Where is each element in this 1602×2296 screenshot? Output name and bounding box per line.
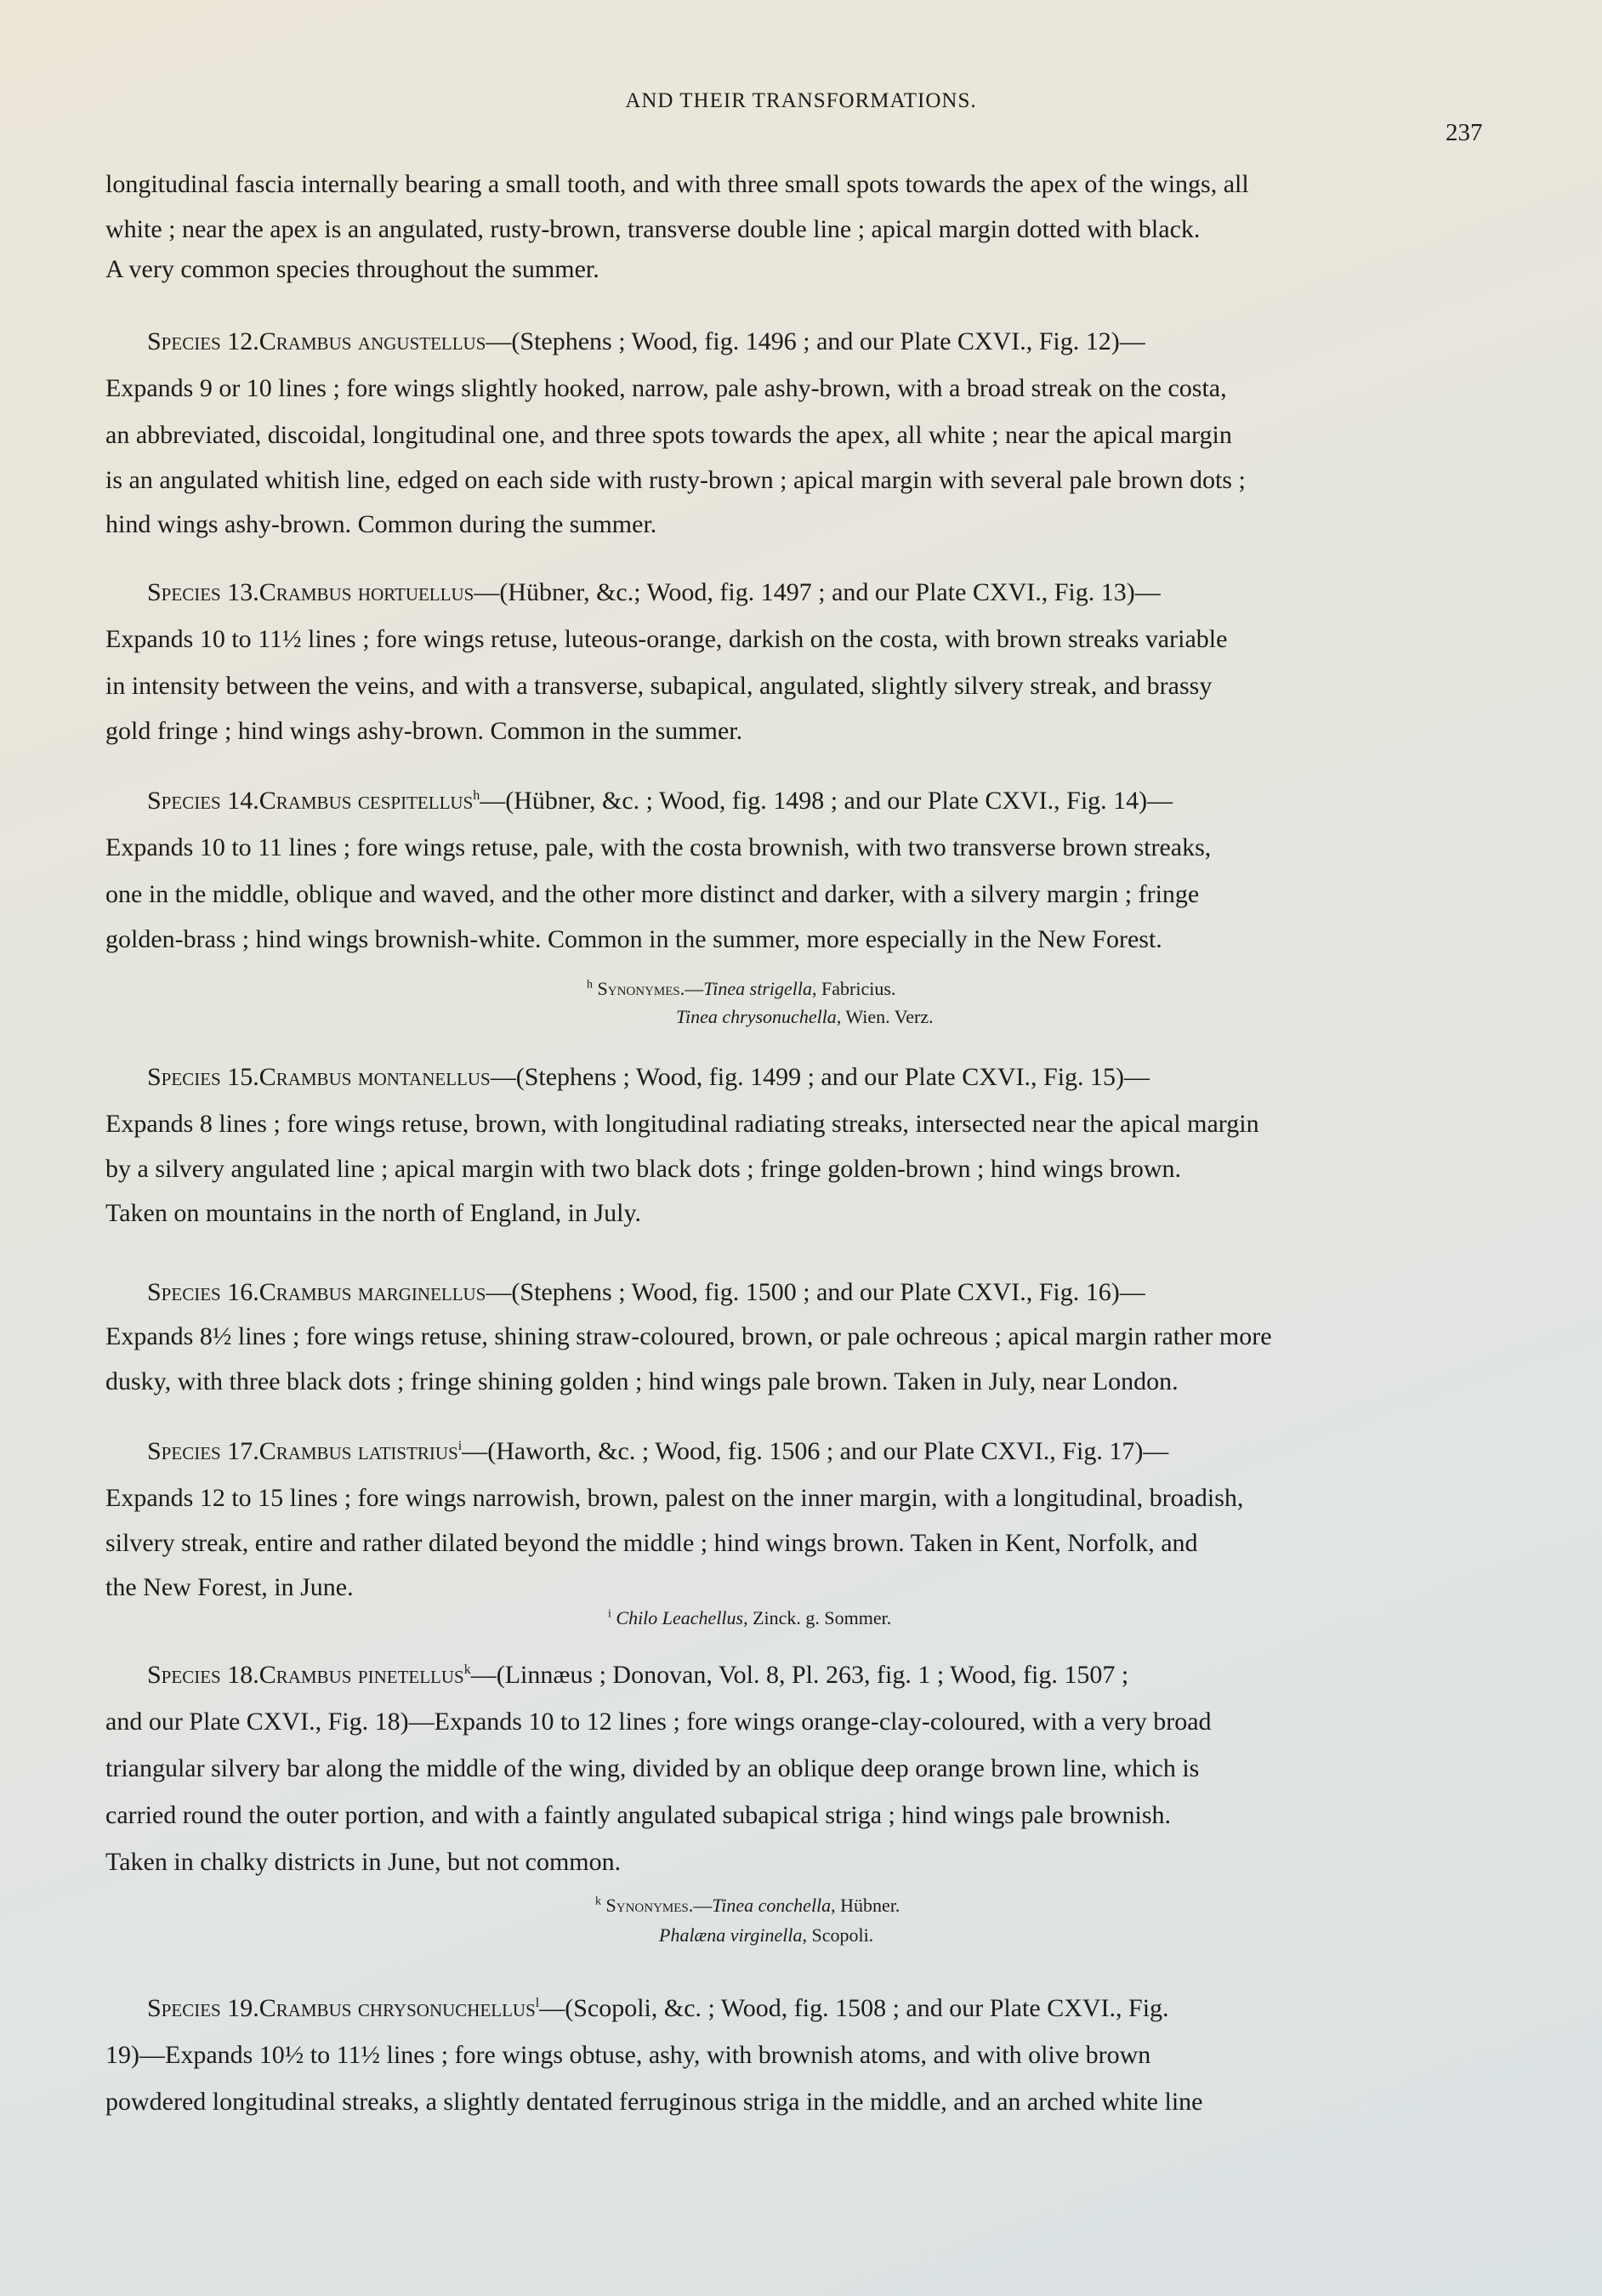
species-12-line: is an angulated whitish line, edged on e…: [105, 466, 1246, 495]
footnote-marker: k: [464, 1662, 471, 1677]
species-16-heading: Species 16.Crambus marginellus—(Stephens…: [147, 1278, 1145, 1307]
footnote-h: h Synonymes.—Tinea strigella, Fabricius.: [587, 978, 895, 1000]
species-name: Crambus montanellus: [259, 1063, 491, 1091]
species-15-heading: Species 15.Crambus montanellus—(Stephens…: [147, 1063, 1150, 1092]
synonym-author: , Hübner.: [831, 1895, 900, 1916]
species-16-line: Expands 8½ lines ; fore wings retuse, sh…: [105, 1322, 1272, 1351]
species-15-line: Taken on mountains in the north of Engla…: [105, 1199, 641, 1228]
synonym-author: , Scopoli.: [802, 1924, 873, 1946]
species-14-line: Expands 10 to 11 lines ; fore wings retu…: [105, 833, 1211, 862]
species-19-line: powdered longitudinal streaks, a slightl…: [105, 2088, 1202, 2117]
species-name: Crambus cespitellus: [259, 787, 474, 815]
species-19-line: 19)—Expands 10½ to 11½ lines ; fore wing…: [105, 2041, 1150, 2070]
species-17-line: Expands 12 to 15 lines ; fore wings narr…: [105, 1484, 1243, 1513]
species-13-line: gold fringe ; hind wings ashy-brown. Com…: [105, 717, 742, 746]
species-13-line: in intensity between the veins, and with…: [105, 672, 1212, 701]
species-16-line: dusky, with three black dots ; fringe sh…: [105, 1367, 1179, 1396]
species-label: Species 18.: [147, 1661, 259, 1689]
species-19-heading: Species 19.Crambus chrysonuchellusl—(Sco…: [147, 1994, 1169, 2023]
species-citation: —(Stephens ; Wood, fig. 1500 ; and our P…: [486, 1278, 1145, 1306]
species-label: Species 13.: [147, 578, 259, 606]
species-13-heading: Species 13.Crambus hortuellus—(Hübner, &…: [147, 578, 1161, 607]
synonym-name: Chilo Leachellus: [616, 1607, 743, 1628]
page-number: 237: [1446, 119, 1483, 147]
synonym-name: Phalæna virginella: [659, 1924, 802, 1946]
species-12-line: Expands 9 or 10 lines ; fore wings sligh…: [105, 374, 1227, 403]
species-18-line: triangular silvery bar along the middle …: [105, 1754, 1199, 1783]
footnote-marker: h: [587, 979, 593, 992]
footnote-marker: k: [595, 1895, 601, 1908]
running-head: AND THEIR TRANSFORMATIONS.: [0, 89, 1602, 113]
species-label: Species 12.: [147, 327, 259, 355]
synonym-author: , Wien. Verz.: [837, 1006, 934, 1027]
species-17-line: silvery streak, entire and rather dilate…: [105, 1529, 1198, 1558]
footnote-h-line2: Tinea chrysonuchella, Wien. Verz.: [676, 1006, 934, 1028]
species-15-line: by a silvery angulated line ; apical mar…: [105, 1155, 1181, 1184]
synonym-name: Tinea conchella: [712, 1895, 831, 1916]
species-17-line: the New Forest, in June.: [105, 1573, 354, 1602]
synonym-name: Tinea strigella: [703, 978, 812, 999]
synonym-author: , Fabricius.: [812, 978, 895, 999]
footnote-k: k Synonymes.—Tinea conchella, Hübner.: [595, 1895, 900, 1917]
species-name: Crambus pinetellus: [259, 1661, 464, 1689]
species-label: Species 15.: [147, 1063, 259, 1091]
footnote-k-line2: Phalæna virginella, Scopoli.: [659, 1924, 873, 1946]
species-13-line: Expands 10 to 11½ lines ; fore wings ret…: [105, 625, 1227, 654]
species-label: Species 14.: [147, 787, 259, 815]
species-citation: —(Stephens ; Wood, fig. 1496 ; and our P…: [486, 327, 1145, 355]
species-label: Species 19.: [147, 1994, 259, 2022]
species-citation: —(Haworth, &c. ; Wood, fig. 1506 ; and o…: [462, 1437, 1168, 1465]
synonym-author: , Zinck. g. Sommer.: [743, 1607, 891, 1628]
species-12-line: hind wings ashy-brown. Common during the…: [105, 510, 656, 539]
species-label: Species 16.: [147, 1278, 259, 1306]
species-14-line: one in the middle, oblique and waved, an…: [105, 880, 1199, 909]
species-18-heading: Species 18.Crambus pinetellusk—(Linnæus …: [147, 1661, 1128, 1690]
species-name: Crambus angustellus: [259, 327, 486, 355]
synonym-name: Tinea chrysonuchella: [676, 1006, 837, 1027]
species-name: Crambus chrysonuchellus: [259, 1994, 536, 2022]
species-12-line: an abbreviated, discoidal, longitudinal …: [105, 421, 1232, 450]
species-14-line: golden-brass ; hind wings brownish-white…: [105, 925, 1162, 954]
species-18-line: and our Plate CXVI., Fig. 18)—Expands 10…: [105, 1708, 1212, 1736]
continuation-line: white ; near the apex is an angulated, r…: [105, 215, 1200, 244]
continuation-line: A very common species throughout the sum…: [105, 255, 599, 284]
species-17-heading: Species 17.Crambus latistriusi—(Haworth,…: [147, 1437, 1168, 1466]
species-18-line: carried round the outer portion, and wit…: [105, 1801, 1171, 1830]
species-15-line: Expands 8 lines ; fore wings retuse, bro…: [105, 1110, 1259, 1139]
species-name: Crambus latistrius: [259, 1437, 458, 1465]
book-page: AND THEIR TRANSFORMATIONS. 237 longitudi…: [0, 0, 1602, 2296]
species-name: Crambus marginellus: [259, 1278, 486, 1306]
species-12-heading: Species 12.Crambus angustellus—(Stephens…: [147, 327, 1145, 356]
footnote-marker: i: [608, 1608, 611, 1621]
species-14-heading: Species 14.Crambus cespitellush—(Hübner,…: [147, 787, 1173, 816]
species-citation: —(Hübner, &c.; Wood, fig. 1497 ; and our…: [474, 578, 1160, 606]
footnote-lead: Synonymes.—: [598, 978, 704, 999]
continuation-line: longitudinal fascia internally bearing a…: [105, 170, 1496, 199]
species-name: Crambus hortuellus: [259, 578, 474, 606]
species-label: Species 17.: [147, 1437, 259, 1465]
species-18-line: Taken in chalky districts in June, but n…: [105, 1848, 621, 1877]
species-citation: —(Scopoli, &c. ; Wood, fig. 1508 ; and o…: [539, 1994, 1168, 2022]
footnote-i: i Chilo Leachellus, Zinck. g. Sommer.: [608, 1607, 891, 1629]
species-citation: —(Hübner, &c. ; Wood, fig. 1498 ; and ou…: [480, 787, 1173, 815]
species-citation: —(Linnæus ; Donovan, Vol. 8, Pl. 263, fi…: [471, 1661, 1128, 1689]
footnote-lead: Synonymes.—: [606, 1895, 713, 1916]
species-citation: —(Stephens ; Wood, fig. 1499 ; and our P…: [491, 1063, 1150, 1091]
